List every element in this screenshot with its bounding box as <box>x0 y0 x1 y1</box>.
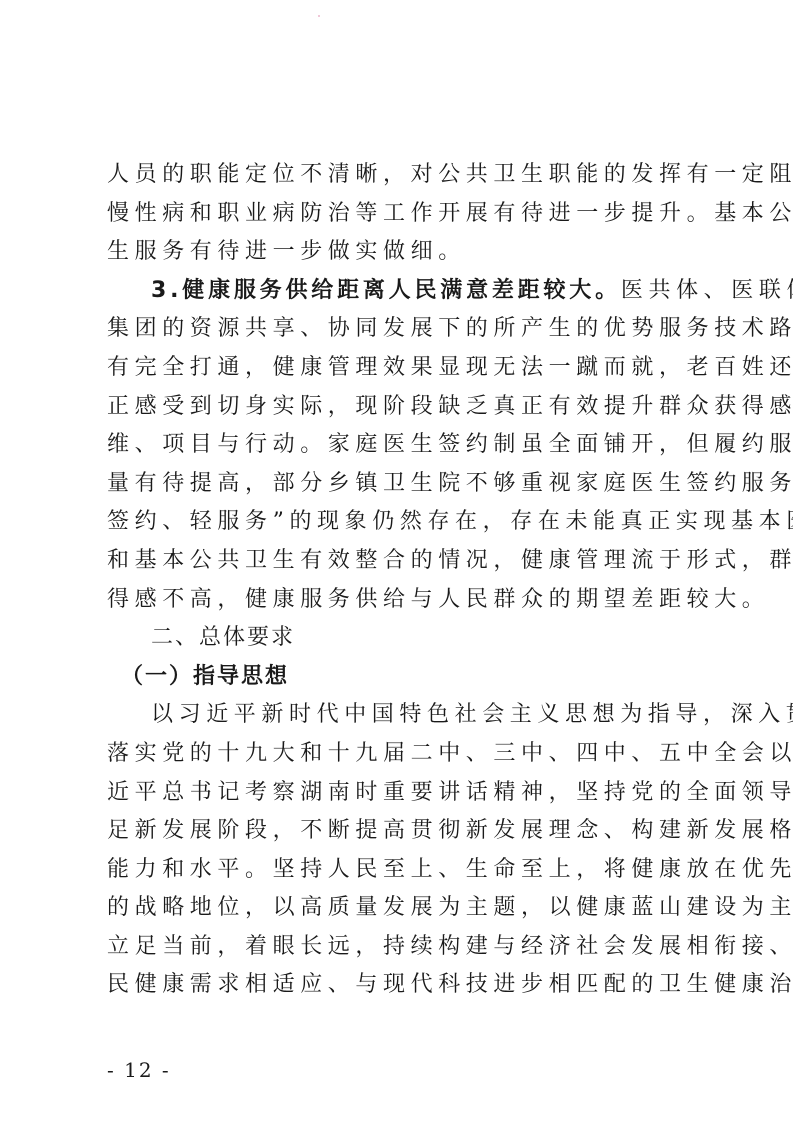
text-line: 立足当前，着眼长远，持续构建与经济社会发展相衔接、与人 <box>107 928 695 967</box>
text-line: 和基本公共卫生有效整合的情况，健康管理流于形式，群众获 <box>107 542 695 581</box>
text-line: 足新发展阶段，不断提高贯彻新发展理念、构建新发展格局的 <box>107 812 695 851</box>
text-line: 落实党的十九大和十九届二中、三中、四中、五中全会以及习 <box>107 735 695 774</box>
document-page: 人员的职能定位不清晰，对公共卫生职能的发挥有一定阻碍， 慢性病和职业病防治等工作… <box>0 0 793 1122</box>
text-line: 量有待提高，部分乡镇卫生院不够重视家庭医生签约服务，“重 <box>107 465 695 504</box>
text-line: 民健康需求相适应、与现代科技进步相匹配的卫生健康治理体 <box>107 966 695 1005</box>
text-line: 集团的资源共享、协同发展下的所产生的优势服务技术路径没 <box>107 310 695 349</box>
text-line: 能力和水平。坚持人民至上、生命至上，将健康放在优先发展 <box>107 851 695 890</box>
text-line: 慢性病和职业病防治等工作开展有待进一步提升。基本公共卫 <box>107 195 695 234</box>
text-line: 正感受到切身实际，现阶段缺乏真正有效提升群众获得感的思 <box>107 388 695 427</box>
item-3-heading: 3.健康服务供给距离人民满意差距较大。 <box>151 278 621 303</box>
text-line: 有完全打通，健康管理效果显现无法一蹴而就，老百姓还未真 <box>107 349 695 388</box>
body-text: 人员的职能定位不清晰，对公共卫生职能的发挥有一定阻碍， 慢性病和职业病防治等工作… <box>107 156 695 1005</box>
page-number: - 12 - <box>107 1058 171 1082</box>
text-line: 近平总书记考察湖南时重要讲话精神，坚持党的全面领导，立 <box>107 774 695 813</box>
guiding-first-line: 以习近平新时代中国特色社会主义思想为指导，深入贯彻 <box>107 696 695 735</box>
text-line: 签约、轻服务”的现象仍然存在，存在未能真正实现基本医疗 <box>107 503 695 542</box>
text-line: 的战略地位，以高质量发展为主题，以健康蓝山建设为主线， <box>107 889 695 928</box>
text-line: 生服务有待进一步做实做细。 <box>107 233 695 272</box>
text-line: 维、项目与行动。家庭医生签约制虽全面铺开，但履约服务质 <box>107 426 695 465</box>
text-line: 人员的职能定位不清晰，对公共卫生职能的发挥有一定阻碍， <box>107 156 695 195</box>
item-3-text: 医共体、医联体 <box>621 278 793 303</box>
text-line: 得感不高，健康服务供给与人民群众的期望差距较大。 <box>107 581 695 620</box>
scan-artifact-mark <box>318 15 320 17</box>
item-3-first-line: 3.健康服务供给距离人民满意差距较大。医共体、医联体 <box>107 272 695 311</box>
subsection-heading: （一）指导思想 <box>107 658 695 697</box>
section-heading: 二、总体要求 <box>107 619 695 658</box>
